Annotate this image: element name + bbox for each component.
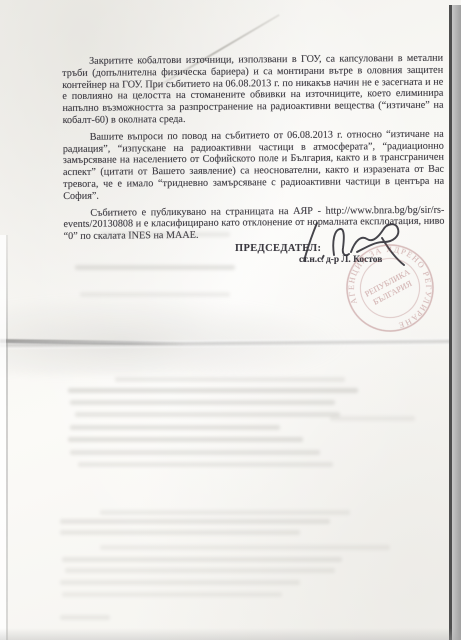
bleed-through-line xyxy=(60,615,110,620)
bleed-through-line xyxy=(68,388,358,393)
bleed-through-line xyxy=(70,450,320,455)
bleed-through-line xyxy=(60,530,300,535)
bleed-through-line xyxy=(68,437,303,442)
bleed-through-smudge xyxy=(330,416,415,421)
paragraph-2: Вашите въпроси по повод на събитието от … xyxy=(63,128,445,202)
bleed-through-line xyxy=(65,568,335,573)
bleed-through-line xyxy=(80,292,230,297)
bleed-through-line xyxy=(60,519,330,524)
bleed-through-line xyxy=(70,400,335,405)
bleed-through-line xyxy=(100,510,350,515)
bleed-through-line xyxy=(100,232,230,237)
paper-left-edge xyxy=(6,235,8,640)
bleed-through-line xyxy=(70,425,280,430)
scan-right-band xyxy=(452,5,461,640)
bleed-through-line xyxy=(78,462,333,467)
scan-bottom-shade xyxy=(0,628,461,640)
bleed-through-line xyxy=(75,265,235,270)
fold-shadow xyxy=(0,295,350,375)
bleed-through-line xyxy=(100,545,390,550)
paragraph-1: Закритите кобалтови източници, използван… xyxy=(62,53,444,127)
scan-right-edge-line xyxy=(449,5,452,640)
bleed-through-line xyxy=(62,592,282,597)
bleed-through-line xyxy=(75,412,340,417)
scanned-letter-page: Закритите кобалтови източници, използван… xyxy=(0,0,461,640)
bleed-through-line xyxy=(115,377,345,382)
bleed-through-line xyxy=(60,580,300,585)
bleed-through-line xyxy=(62,557,342,562)
